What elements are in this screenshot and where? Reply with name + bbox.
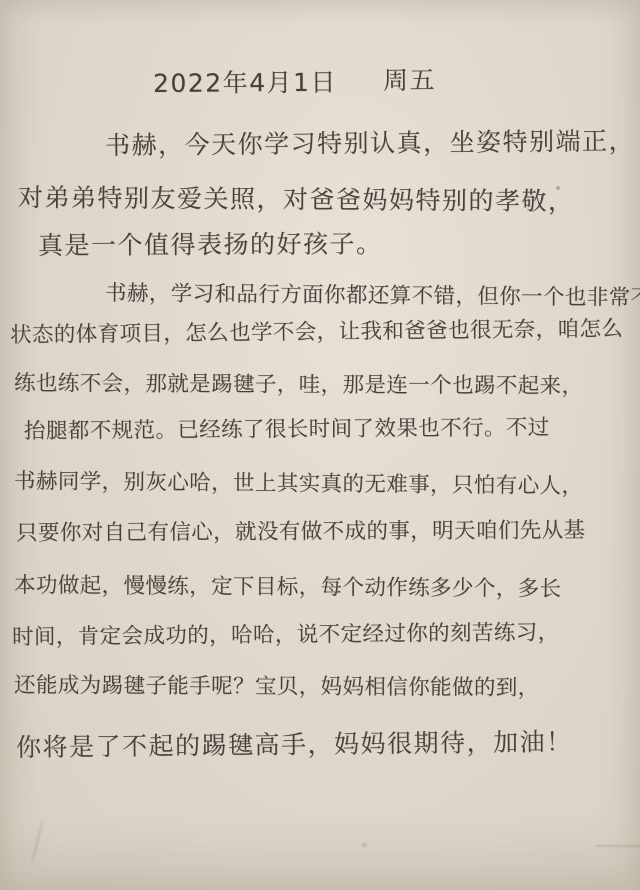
paper-speck (362, 843, 367, 847)
handwritten-letter-page: 2022年4月1日 周五 书赫，今天你学习特别认真，坐姿特别端正， 对弟弟特别友… (0, 0, 640, 890)
handwritten-line: 只要你对自己有信心，就没有做不成的事，明天咱们先从基 (16, 513, 586, 547)
paper-speck (556, 186, 560, 190)
paper-crease (30, 818, 44, 863)
paper-scratch (596, 845, 640, 847)
letter-date: 2022年4月1日 (153, 63, 337, 100)
handwritten-line: 你将是了不起的踢毽高手，妈妈很期待，加油！ (16, 722, 573, 764)
letter-weekday: 周五 (383, 60, 436, 97)
handwritten-line: 抬腿都不规范。已经练了很长时间了效果也不行。不过 (24, 410, 550, 445)
handwritten-line: 还能成为踢毽子能手呢？宝贝，妈妈相信你能做的到， (14, 668, 540, 702)
handwritten-line: 对弟弟特别友爱关照，对爸爸妈妈特别的孝敬， (18, 178, 575, 218)
handwritten-line: 练也练不会，那就是踢毽子，哇，那是连一个也踢不起来， (14, 366, 584, 400)
handwritten-line: 书赫，学习和品行方面你都还算不错，但你一个也非常不在 (105, 276, 640, 312)
handwritten-line: 时间，肯定会成功的，哈哈，说不定经过你的刻苦练习， (12, 615, 560, 651)
handwritten-line: 书赫同学，别灰心哈，世上其实真的无难事，只怕有心人， (14, 464, 584, 500)
handwritten-line: 本功做起，慢慢练，定下目标，每个动作练多少个，多长 (14, 568, 562, 603)
handwritten-line: 状态的体育项目，怎么也学不会，让我和爸爸也很无奈，咱怎么 (10, 312, 623, 349)
handwritten-line: 书赫，今天你学习特别认真，坐姿特别端正， (105, 121, 635, 162)
handwritten-line: 真是一个值得表扬的好孩子。 (38, 224, 383, 262)
